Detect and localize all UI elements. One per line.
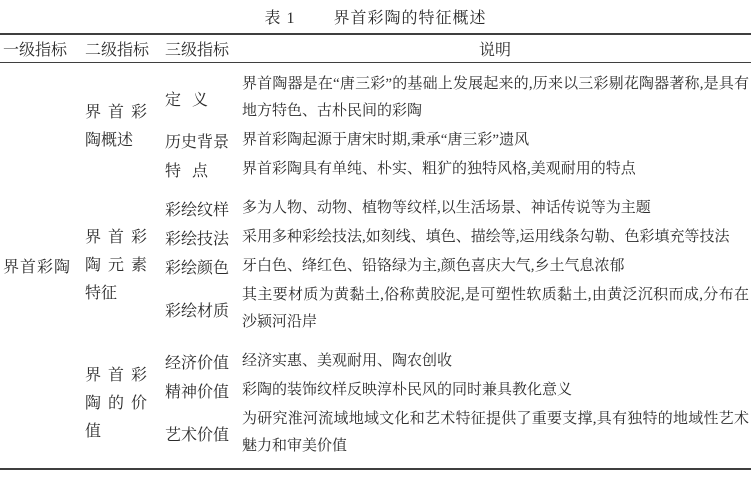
row-description: 牙白色、绛红色、铅铬绿为主,颜色喜庆大气,乡土气息浓郁 [242,253,751,280]
table-row: 彩绘颜色 牙白色、绛红色、铅铬绿为主,颜色喜庆大气,乡土气息浓郁 [158,252,751,281]
table-caption: 表 1 界首彩陶的特征概述 [0,0,751,33]
row-description: 彩陶的装饰纹样反映淳朴民风的同时兼具教化意义 [242,377,751,404]
group-rows: 彩绘纹样 多为人物、动物、植物等纹样,以生活场景、神话传说等为主题 彩绘技法 采… [158,194,751,337]
group-elements: 界首彩陶元素特征 彩绘纹样 多为人物、动物、植物等纹样,以生活场景、神话传说等为… [80,189,751,342]
row-description: 采用多种彩绘技法,如刻线、填色、描绘等,运用线条勾勒、色彩填充等技法 [242,224,751,251]
column-header-level2: 二级指标 [80,37,158,60]
level2-label: 界首彩陶元素特征 [85,224,147,308]
row-description: 经济实惠、美观耐用、陶农创收 [242,348,751,375]
level3-label: 历史背景 [158,129,242,152]
level3-label: 特点 [158,158,242,181]
level2-cell: 界首彩陶概述 [80,70,158,184]
table-row: 定义 界首陶器是在“唐三彩”的基础上发展起来的,历来以三彩剔花陶器著称,是具有地… [158,70,751,126]
level2-label: 界首彩陶概述 [85,99,147,155]
row-description: 多为人物、动物、植物等纹样,以生活场景、神话传说等为主题 [242,195,751,222]
row-description: 界首陶器是在“唐三彩”的基础上发展起来的,历来以三彩剔花陶器著称,是具有地方特色… [242,71,751,125]
column-header-level1: 一级指标 [0,37,80,60]
group-list: 界首彩陶概述 定义 界首陶器是在“唐三彩”的基础上发展起来的,历来以三彩剔花陶器… [80,65,751,466]
level3-label: 定义 [158,87,242,110]
level3-label: 经济价值 [158,350,242,373]
level2-label: 界首彩陶的价值 [85,362,147,446]
level1-cell: 界首彩陶 [0,65,80,466]
table-header-row: 一级指标 二级指标 三级指标 说明 [0,33,751,63]
table-row: 艺术价值 为研究淮河流域地域文化和艺术特征提供了重要支撑,具有独特的地域性艺术魅… [158,405,751,461]
table-caption-title: 界首彩陶的特征概述 [334,5,487,28]
table-body: 界首彩陶 界首彩陶概述 定义 界首陶器是在“唐三彩”的基础上发展起来的,历来以三… [0,63,751,470]
table-row: 精神价值 彩陶的装饰纹样反映淳朴民风的同时兼具教化意义 [158,376,751,405]
row-description: 界首彩陶具有单纯、朴实、粗犷的独特风格,美观耐用的特点 [242,156,751,183]
table-row: 彩绘纹样 多为人物、动物、植物等纹样,以生活场景、神话传说等为主题 [158,194,751,223]
table-caption-number: 表 1 [264,5,295,28]
paper-table-page: 表 1 界首彩陶的特征概述 一级指标 二级指标 三级指标 说明 界首彩陶 界首彩… [0,0,751,479]
level2-cell: 界首彩陶元素特征 [80,194,158,337]
level3-label: 彩绘材质 [158,298,242,321]
level3-label: 彩绘颜色 [158,255,242,278]
row-description: 其主要材质为黄黏土,俗称黄胶泥,是可塑性软质黏土,由黄泛沉积而成,分布在沙颍河沿… [242,282,751,336]
group-overview: 界首彩陶概述 定义 界首陶器是在“唐三彩”的基础上发展起来的,历来以三彩剔花陶器… [80,65,751,189]
column-header-level3: 三级指标 [158,37,242,60]
column-header-description: 说明 [242,37,751,60]
level3-label: 彩绘技法 [158,226,242,249]
level3-label: 彩绘纹样 [158,197,242,220]
group-rows: 经济价值 经济实惠、美观耐用、陶农创收 精神价值 彩陶的装饰纹样反映淳朴民风的同… [158,347,751,461]
level3-label: 精神价值 [158,379,242,402]
level3-label: 艺术价值 [158,422,242,445]
group-values: 界首彩陶的价值 经济价值 经济实惠、美观耐用、陶农创收 精神价值 彩陶的装饰纹样… [80,342,751,466]
group-rows: 定义 界首陶器是在“唐三彩”的基础上发展起来的,历来以三彩剔花陶器著称,是具有地… [158,70,751,184]
row-description: 为研究淮河流域地域文化和艺术特征提供了重要支撑,具有独特的地域性艺术魅力和审美价… [242,406,751,460]
table-row: 彩绘技法 采用多种彩绘技法,如刻线、填色、描绘等,运用线条勾勒、色彩填充等技法 [158,223,751,252]
table-row: 经济价值 经济实惠、美观耐用、陶农创收 [158,347,751,376]
level2-cell: 界首彩陶的价值 [80,347,158,461]
level1-label: 界首彩陶 [3,254,71,277]
table-row: 特点 界首彩陶具有单纯、朴实、粗犷的独特风格,美观耐用的特点 [158,155,751,184]
table-row: 彩绘材质 其主要材质为黄黏土,俗称黄胶泥,是可塑性软质黏土,由黄泛沉积而成,分布… [158,281,751,337]
table-row: 历史背景 界首彩陶起源于唐宋时期,秉承“唐三彩”遗风 [158,126,751,155]
row-description: 界首彩陶起源于唐宋时期,秉承“唐三彩”遗风 [242,127,751,154]
